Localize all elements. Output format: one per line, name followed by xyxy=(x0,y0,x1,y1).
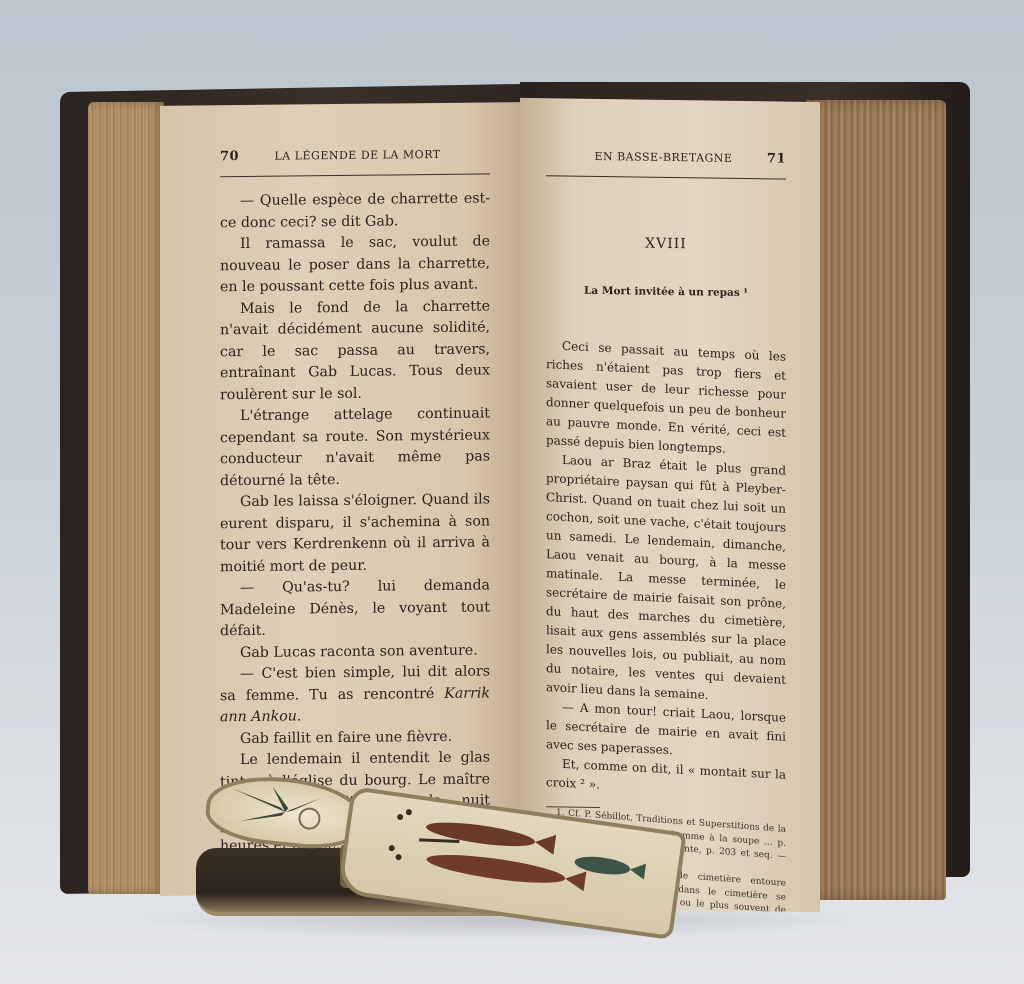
running-head-right: EN BASSE-BRETAGNE xyxy=(594,150,732,165)
paragraph: Gab les laissa s'éloigner. Quand ils eur… xyxy=(220,489,490,578)
paragraph: — Quelle espèce de charrette est-ce donc… xyxy=(220,188,490,234)
left-running-head: 70 LA LÉGENDE DE LA MORT xyxy=(220,146,490,164)
header-rule xyxy=(220,173,490,177)
paragraph: Ceci se passait au temps où les riches n… xyxy=(546,336,786,462)
paragraph: Il ramassa le sac, voulut de nouveau le … xyxy=(220,231,490,298)
right-page-body: Ceci se passait au temps où les riches n… xyxy=(546,340,786,799)
paragraph: Gab faillit en faire une fièvre. xyxy=(220,726,490,750)
page-number-right: 71 xyxy=(767,151,786,166)
page-number-left: 70 xyxy=(220,149,239,164)
right-page: EN BASSE-BRETAGNE 71 XVIII La Mort invit… xyxy=(520,98,820,912)
chapter-title: La Mort invitée à un repas ¹ xyxy=(546,284,786,299)
paragraph: — Qu'as-tu? lui demanda Madeleine Dénès,… xyxy=(220,575,490,642)
page-block-left xyxy=(88,102,164,894)
paragraph: Gab Lucas raconta son aventure. xyxy=(220,640,490,664)
paragraph: Laou ar Braz était le plus grand proprié… xyxy=(546,450,786,709)
page-block-right xyxy=(806,100,946,900)
header-rule xyxy=(546,175,786,179)
photo-scene: 70 LA LÉGENDE DE LA MORT — Quelle espèce… xyxy=(0,0,1024,984)
paragraph: L'étrange attelage continuait cependant … xyxy=(220,403,490,492)
right-running-head: EN BASSE-BRETAGNE 71 xyxy=(546,148,786,166)
paragraph: Mais le fond de la charrette n'avait déc… xyxy=(220,296,490,406)
chapter-number: XVIII xyxy=(546,234,786,253)
paragraph: — C'est bien simple, lui dit alors sa fe… xyxy=(220,661,490,728)
running-head-left: LA LÉGENDE DE LA MORT xyxy=(274,148,440,163)
